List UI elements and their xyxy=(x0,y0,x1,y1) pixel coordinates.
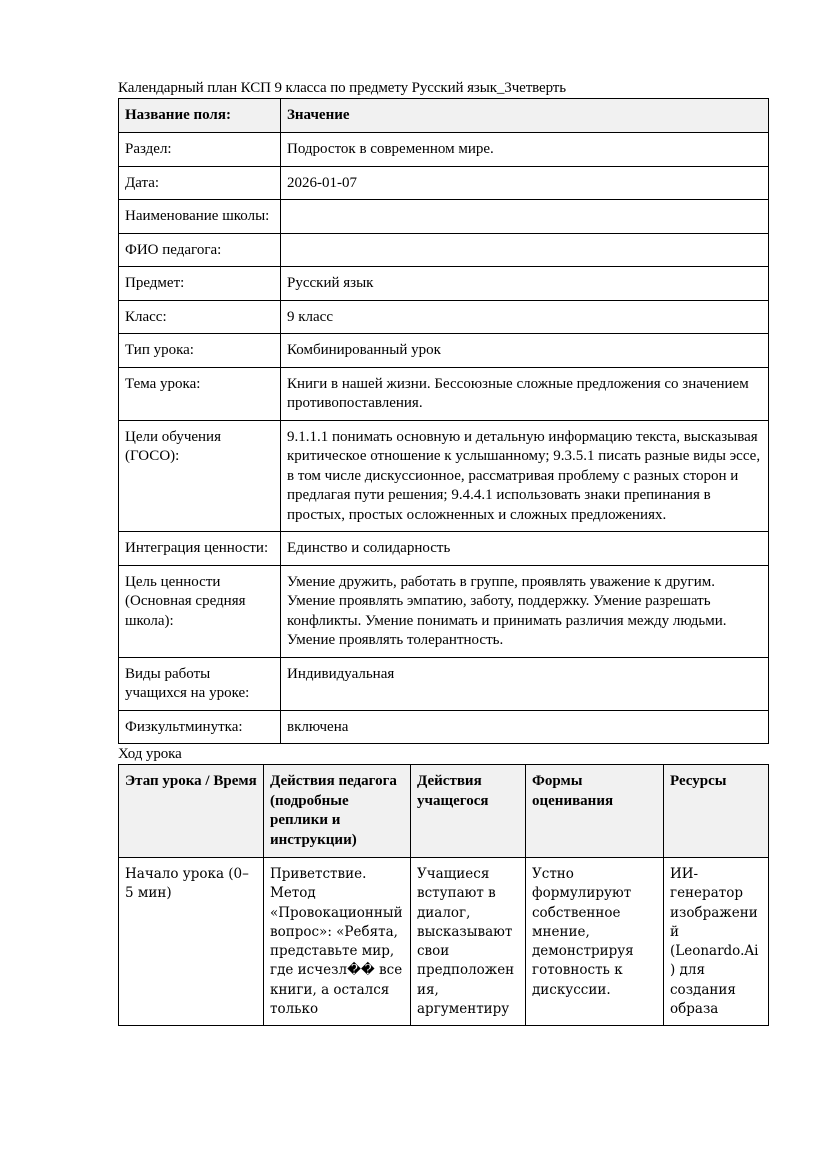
table-header-row: Этап урока / Время Действия педагога (по… xyxy=(119,765,769,858)
field-label: Раздел: xyxy=(119,133,281,167)
field-value xyxy=(281,233,769,267)
table-row: Физкультминутка: включена xyxy=(119,710,769,744)
field-value: Индивидуальная xyxy=(281,657,769,710)
field-value: Русский язык xyxy=(281,267,769,301)
field-label: Класс: xyxy=(119,300,281,334)
table-row: Начало урока (0–5 мин) Приветствие. Мето… xyxy=(119,858,769,1026)
stage-cell: Начало урока (0–5 мин) xyxy=(119,858,264,1026)
field-label: Тип урока: xyxy=(119,334,281,368)
student-actions-cell: Учащиеся вступают в диалог, высказывают … xyxy=(411,858,526,1026)
header-teacher-actions: Действия педагога (подробные реплики и и… xyxy=(264,765,411,858)
resources-text: ИИ-генератор изображений (Leonardo.Ai) д… xyxy=(670,865,762,1019)
table-row: Дата: 2026-01-07 xyxy=(119,166,769,200)
header-value: Значение xyxy=(281,99,769,133)
field-label: Цель ценности (Основная средняя школа): xyxy=(119,565,281,657)
field-label: Предмет: xyxy=(119,267,281,301)
field-value: Подросток в современном мире. xyxy=(281,133,769,167)
table-row: Раздел: Подросток в современном мире. xyxy=(119,133,769,167)
header-student-actions: Действия учащегося xyxy=(411,765,526,858)
field-value: 9 класс xyxy=(281,300,769,334)
table-row: Предмет: Русский язык xyxy=(119,267,769,301)
assessment-text: Устно формулируют собственное мнение, де… xyxy=(532,865,657,1000)
field-label: Интеграция ценности: xyxy=(119,532,281,566)
field-value: включена xyxy=(281,710,769,744)
document-title: Календарный план КСП 9 класса по предмет… xyxy=(118,79,769,98)
field-label: Наименование школы: xyxy=(119,200,281,234)
field-value: Книги в нашей жизни. Бессоюзные сложные … xyxy=(281,367,769,420)
teacher-actions-text: Приветствие. Метод «Провокационный вопро… xyxy=(270,865,404,1019)
resources-cell: ИИ-генератор изображений (Leonardo.Ai) д… xyxy=(664,858,769,1026)
lesson-flow-caption: Ход урока xyxy=(118,745,769,764)
field-label: Цели обучения (ГОСО): xyxy=(119,420,281,532)
lesson-info-table: Название поля: Значение Раздел: Подросто… xyxy=(118,98,769,744)
field-label: Виды работы учащихся на уроке: xyxy=(119,657,281,710)
field-label: Тема урока: xyxy=(119,367,281,420)
field-value: Комбинированный урок xyxy=(281,334,769,368)
assessment-cell: Устно формулируют собственное мнение, де… xyxy=(526,858,664,1026)
header-stage: Этап урока / Время xyxy=(119,765,264,858)
table-row: Тема урока: Книги в нашей жизни. Бессоюз… xyxy=(119,367,769,420)
field-label: Дата: xyxy=(119,166,281,200)
stage-text: Начало урока (0–5 мин) xyxy=(125,865,257,904)
field-value xyxy=(281,200,769,234)
field-label: ФИО педагога: xyxy=(119,233,281,267)
table-row: Класс: 9 класс xyxy=(119,300,769,334)
teacher-actions-cell: Приветствие. Метод «Провокационный вопро… xyxy=(264,858,411,1026)
document-page: Календарный план КСП 9 класса по предмет… xyxy=(118,79,769,1026)
field-value: 9.1.1.1 понимать основную и детальную ин… xyxy=(281,420,769,532)
header-field-name: Название поля: xyxy=(119,99,281,133)
field-value: Единство и солидарность xyxy=(281,532,769,566)
header-assessment: Формы оценивания xyxy=(526,765,664,858)
table-row: Наименование школы: xyxy=(119,200,769,234)
lesson-flow-table: Этап урока / Время Действия педагога (по… xyxy=(118,764,769,1026)
student-actions-text: Учащиеся вступают в диалог, высказывают … xyxy=(417,865,519,1019)
field-value: Умение дружить, работать в группе, прояв… xyxy=(281,565,769,657)
table-row: ФИО педагога: xyxy=(119,233,769,267)
table-row: Тип урока: Комбинированный урок xyxy=(119,334,769,368)
header-resources: Ресурсы xyxy=(664,765,769,858)
field-value: 2026-01-07 xyxy=(281,166,769,200)
table-row: Виды работы учащихся на уроке: Индивидуа… xyxy=(119,657,769,710)
table-header-row: Название поля: Значение xyxy=(119,99,769,133)
table-row: Цели обучения (ГОСО): 9.1.1.1 понимать о… xyxy=(119,420,769,532)
table-row: Интеграция ценности: Единство и солидарн… xyxy=(119,532,769,566)
field-label: Физкультминутка: xyxy=(119,710,281,744)
table-row: Цель ценности (Основная средняя школа): … xyxy=(119,565,769,657)
